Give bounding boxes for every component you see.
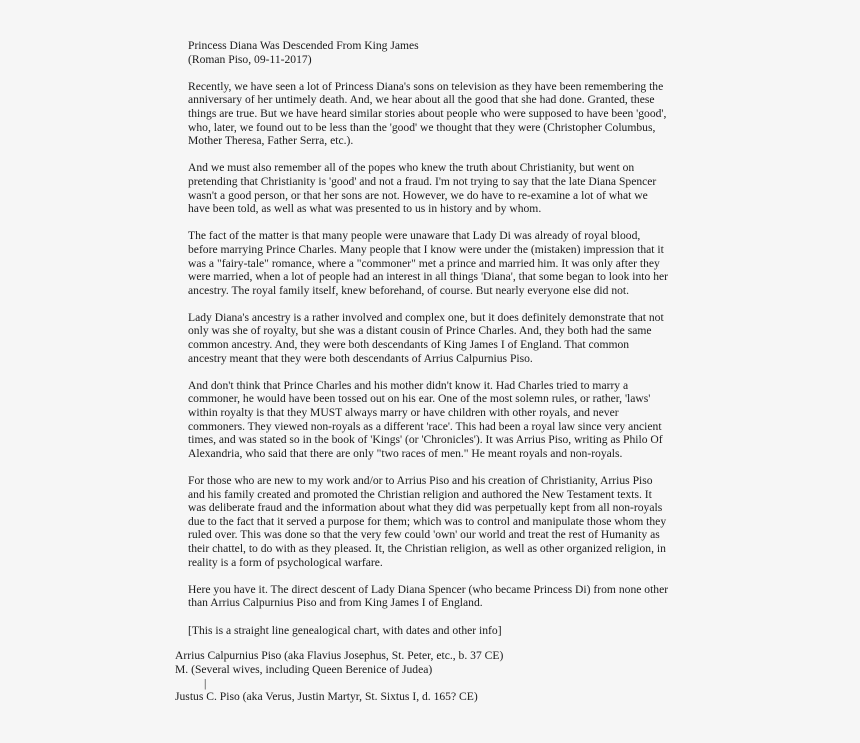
genealogy-entry-marriage: M. (Several wives, including Queen Beren… [175, 663, 735, 677]
paragraph: The fact of the matter is that many peop… [188, 229, 708, 297]
paragraph-line: due to the fact that it served a purpose… [188, 515, 708, 529]
genealogy-connector: | [175, 676, 735, 690]
paragraph-line: commoners. They viewed non-royals as a d… [188, 420, 708, 434]
paragraph-line: The fact of the matter is that many peop… [188, 229, 708, 243]
paragraph-line: anniversary of her untimely death. And, … [188, 93, 708, 107]
paragraph-line: For those who are new to my work and/or … [188, 474, 708, 488]
paragraph-line: times, and was stated so in the book of … [188, 433, 708, 447]
genealogy-entry-justus: Justus C. Piso (aka Verus, Justin Martyr… [175, 690, 735, 704]
paragraph-line: Mother Theresa, Father Serra, etc.). [188, 134, 708, 148]
paragraph-line: And don't think that Prince Charles and … [188, 379, 708, 393]
genealogy-entry-arrius: Arrius Calpurnius Piso (aka Flavius Jose… [175, 649, 735, 663]
document-header: Princess Diana Was Descended From King J… [188, 39, 708, 66]
paragraph-line: Here you have it. The direct descent of … [188, 583, 708, 597]
paragraph-line: only was she of royalty, but she was a d… [188, 324, 708, 338]
paragraph-line: were married, when a lot of people had a… [188, 270, 708, 284]
paragraph: Here you have it. The direct descent of … [188, 583, 708, 610]
document-title: Princess Diana Was Descended From King J… [188, 39, 708, 53]
paragraph-line: And we must also remember all of the pop… [188, 161, 708, 175]
descent-line-icon: | [204, 677, 206, 691]
paragraph-line: things are true. But we have heard simil… [188, 107, 708, 121]
paragraph-line: common ancestry. And, they were both des… [188, 338, 708, 352]
paragraph-line: within royalty is that they MUST always … [188, 406, 708, 420]
paragraph-line: before marrying Prince Charles. Many peo… [188, 243, 708, 257]
paragraphs: Recently, we have seen a lot of Princess… [188, 80, 708, 637]
paragraph-line: [This is a straight line genealogical ch… [188, 624, 708, 638]
paragraph: Lady Diana's ancestry is a rather involv… [188, 311, 708, 365]
paragraph-line: commoner, he would have been tossed out … [188, 392, 708, 406]
paragraph: For those who are new to my work and/or … [188, 474, 708, 569]
paragraph-line: wasn't a good person, or that her sons a… [188, 189, 708, 203]
paragraph-line: ancestry. The royal family itself, knew … [188, 284, 708, 298]
paragraph-line: and his family created and promoted the … [188, 488, 708, 502]
document-body: Princess Diana Was Descended From King J… [188, 39, 708, 651]
paragraph-line: who, later, we found out to be less than… [188, 121, 708, 135]
paragraph-line: was a "fairy-tale" romance, where a "com… [188, 257, 708, 271]
paragraph-line: have been told, as well as what was pres… [188, 202, 708, 216]
paragraph: Recently, we have seen a lot of Princess… [188, 80, 708, 148]
genealogy-chart: Arrius Calpurnius Piso (aka Flavius Jose… [175, 649, 735, 703]
paragraph-line: ancestry meant that they were both desce… [188, 352, 708, 366]
paragraph-line: Recently, we have seen a lot of Princess… [188, 80, 708, 94]
paragraph-line: reality is a form of psychological warfa… [188, 556, 708, 570]
paragraph-line: was deliberate fraud and the information… [188, 501, 708, 515]
paragraph-line: their chattel, to do with as they please… [188, 542, 708, 556]
paragraph: [This is a straight line genealogical ch… [188, 624, 708, 638]
paragraph-line: pretending that Christianity is 'good' a… [188, 175, 708, 189]
paragraph: And don't think that Prince Charles and … [188, 379, 708, 461]
document-byline: (Roman Piso, 09-11-2017) [188, 53, 708, 67]
paragraph: And we must also remember all of the pop… [188, 161, 708, 215]
paragraph-line: Lady Diana's ancestry is a rather involv… [188, 311, 708, 325]
paragraph-line: than Arrius Calpurnius Piso and from Kin… [188, 596, 708, 610]
paragraph-line: ruled over. This was done so that the ve… [188, 528, 708, 542]
paragraph-line: Alexandria, who said that there are only… [188, 447, 708, 461]
